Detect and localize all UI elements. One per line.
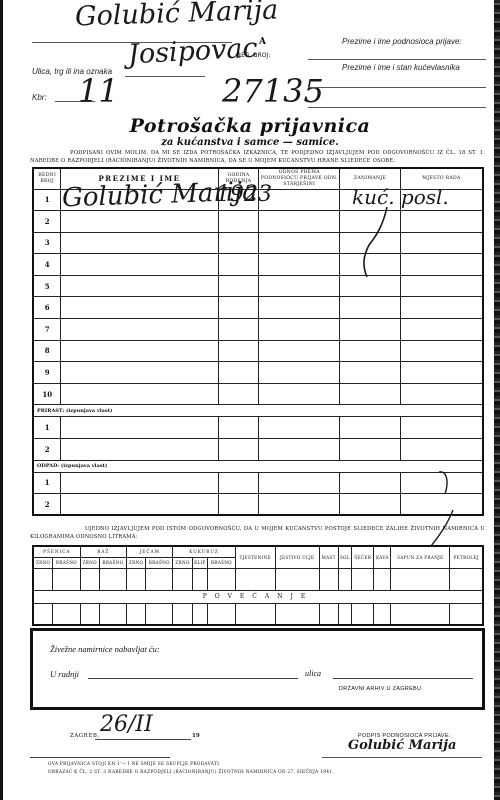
relation-cell[interactable] [259, 472, 340, 494]
occupation-cell[interactable] [340, 494, 401, 516]
table-row: 8 [33, 340, 483, 362]
relation-cell[interactable] [259, 494, 340, 516]
supply-cell[interactable] [352, 568, 374, 590]
year-prefix: 19 [192, 733, 200, 739]
header-no: REDNI BROJ [33, 168, 61, 189]
supply-cell[interactable] [235, 568, 275, 590]
relation-cell[interactable] [259, 275, 340, 297]
increase-row: POVEĆANJE [33, 590, 483, 603]
applicant-label: Prezime i ime podnosioca prijave: [342, 37, 462, 46]
supply-cell[interactable] [173, 603, 192, 625]
sub-cob: KLIP [192, 557, 208, 568]
supply-cell[interactable] [99, 603, 126, 625]
form-letter: A [259, 37, 266, 47]
supplies-declaration: UJEDNO IZJAVLJUJEM POD ISTOM ODGOVORNOŠĆ… [30, 525, 485, 541]
birth-year-cell[interactable] [218, 362, 259, 384]
shop-label: U radnji [50, 669, 79, 679]
owner-line-1 [308, 87, 486, 88]
relation-cell[interactable] [259, 340, 340, 362]
row-no: 5 [33, 275, 61, 297]
row-no: 2 [33, 211, 61, 233]
relation-cell[interactable] [259, 319, 340, 341]
supply-cell[interactable] [352, 603, 374, 625]
birth-year-cell[interactable] [218, 439, 259, 461]
reg-no-label: REG. BROJ: [237, 52, 270, 59]
name-cell[interactable] [61, 417, 218, 439]
street-line [125, 76, 205, 77]
workplace-cell[interactable] [400, 439, 483, 461]
sub-flour: BRAŠNO [53, 557, 80, 568]
row-no: 7 [33, 319, 61, 341]
name-cell[interactable] [61, 472, 218, 494]
supply-cell[interactable] [208, 568, 235, 590]
increase-label: PRIRAST: (izpunjava vlast) [33, 405, 483, 417]
relation-cell[interactable] [259, 362, 340, 384]
supply-cell[interactable] [146, 603, 173, 625]
name-cell[interactable] [61, 232, 218, 254]
relation-cell[interactable] [259, 232, 340, 254]
owner-line-2 [308, 107, 486, 108]
workplace-cell[interactable] [400, 340, 483, 362]
shop-street-line[interactable] [333, 678, 473, 679]
supply-cell[interactable] [319, 603, 338, 625]
handwritten-stroke [355, 205, 395, 285]
table-row: 10 [33, 383, 483, 405]
regulation-note: OBRAZAC K ČL. 2 ST. 3 NAREDBE O RAZPODJE… [48, 770, 334, 775]
workplace-cell[interactable] [400, 319, 483, 341]
supply-cell[interactable] [127, 603, 146, 625]
supply-cell[interactable] [275, 603, 319, 625]
birth-year-cell[interactable] [218, 211, 259, 233]
row-no: 1 [33, 472, 61, 494]
archive-stamp: DRŽAVNI ARHIV U ZAGREBU [339, 686, 421, 692]
supply-cell[interactable] [33, 568, 53, 590]
workplace-cell[interactable] [400, 232, 483, 254]
owner-label: Prezime i ime i stan kućevlasnika [342, 63, 460, 72]
sub-grain: ZRNO [127, 557, 146, 568]
workplace-cell[interactable] [400, 417, 483, 439]
sub-flour: BRAŠNO [99, 557, 126, 568]
row-no: 8 [33, 340, 61, 362]
supply-cell[interactable] [146, 568, 173, 590]
occupation-cell[interactable] [340, 340, 401, 362]
birth-year-cell[interactable] [218, 340, 259, 362]
relation-cell[interactable] [259, 383, 340, 405]
name-cell[interactable] [61, 340, 218, 362]
decrease-label: ODPAD: (izpunjava vlast) [33, 460, 483, 472]
household-table: REDNI BROJ PREZIME I IME GODINA ROĐENJA … [32, 167, 484, 516]
supply-cell[interactable] [53, 568, 80, 590]
birth-year-cell[interactable] [218, 383, 259, 405]
workplace-cell[interactable] [400, 254, 483, 276]
shop-line[interactable] [88, 678, 298, 679]
occupation-cell[interactable] [340, 319, 401, 341]
supply-cell[interactable] [391, 568, 450, 590]
occupation-cell[interactable] [340, 297, 401, 319]
row-no: 9 [33, 362, 61, 384]
row-no: 2 [33, 494, 61, 516]
supply-cell[interactable] [99, 568, 126, 590]
supply-cell[interactable] [192, 603, 208, 625]
occupation-cell[interactable] [340, 439, 401, 461]
name-cell[interactable] [61, 211, 218, 233]
sub-flour: BRAŠNO [208, 557, 235, 568]
name-cell[interactable] [61, 439, 218, 461]
date-line [95, 739, 191, 740]
birth-year-cell[interactable] [218, 472, 259, 494]
handwritten-name: Golubić Marija [75, 0, 279, 33]
header-oil: JESTIVO ULJE [275, 546, 319, 568]
supply-cell[interactable] [391, 603, 450, 625]
name-cell[interactable] [61, 319, 218, 341]
table-row: 3 [33, 232, 483, 254]
supply-cell[interactable] [450, 568, 483, 590]
supply-cell[interactable] [127, 568, 146, 590]
intro-declaration: PODPISANI OVIM MOLIM, DA MI SE IZDA POTR… [30, 149, 485, 165]
table-row: 6 [33, 297, 483, 319]
workplace-cell[interactable] [400, 362, 483, 384]
supplies-increase-row [33, 603, 483, 625]
supply-cell[interactable] [450, 603, 483, 625]
table-row: 2 [33, 439, 483, 461]
row-no: 1 [33, 189, 61, 211]
footer-rule [30, 757, 170, 758]
supply-cell[interactable] [374, 568, 391, 590]
row-no: 6 [33, 297, 61, 319]
handwritten-house-no: 11 [78, 72, 119, 110]
header-pasta: TJESTENINE [235, 546, 275, 568]
signature-line [322, 757, 482, 758]
workplace-cell[interactable] [400, 383, 483, 405]
header-soap: SAPUN ZA PRANJE [391, 546, 450, 568]
handwritten-reg-no: 27135 [222, 72, 324, 110]
relation-cell[interactable] [259, 211, 340, 233]
form-title: Potrošačka prijavnica [0, 115, 500, 137]
supplies-table: PŠENICA RAŽ JEČAM KUKURUZ TJESTENINE JES… [32, 545, 484, 626]
handwritten-birth-year: 1923 [216, 182, 272, 207]
supply-cell[interactable] [338, 568, 352, 590]
supply-cell[interactable] [374, 603, 391, 625]
occupation-cell[interactable] [340, 472, 401, 494]
supplies-group-row: PŠENICA RAŽ JEČAM KUKURUZ TJESTENINE JES… [33, 546, 483, 557]
row-no: 10 [33, 383, 61, 405]
supply-cell[interactable] [338, 603, 352, 625]
occupation-cell[interactable] [340, 417, 401, 439]
supply-cell[interactable] [33, 603, 53, 625]
handwritten-date: 26/II [100, 712, 153, 737]
header-wheat: PŠENICA [33, 546, 80, 557]
header-sugar: ŠEĆER [352, 546, 374, 568]
header-rye: RAŽ [80, 546, 126, 557]
birth-year-cell[interactable] [218, 232, 259, 254]
name-cell[interactable] [61, 362, 218, 384]
table-row: 1 [33, 472, 483, 494]
row-no: 2 [33, 439, 61, 461]
supplies-value-row [33, 568, 483, 590]
header-kerosene: PETROLEJ [450, 546, 483, 568]
header-corn: KUKURUZ [173, 546, 235, 557]
supply-cell[interactable] [192, 568, 208, 590]
shop-box: Živežne namirnice nabavljat ću: U radnji… [30, 628, 485, 710]
shop-intro-label: Živežne namirnice nabavljat ću: [50, 644, 160, 654]
increase-section: PRIRAST: (izpunjava vlast) [33, 405, 483, 417]
sub-grain: ZRNO [173, 557, 192, 568]
header-lard: MAST [319, 546, 338, 568]
occupation-cell[interactable] [340, 362, 401, 384]
name-cell[interactable] [61, 254, 218, 276]
relation-cell[interactable] [259, 297, 340, 319]
table-row: 9 [33, 362, 483, 384]
supply-cell[interactable] [80, 568, 99, 590]
header-salt: SOL [338, 546, 352, 568]
price-note: OVA PRIJAVNICA STOJI KN 1'— I NE SMIJE S… [48, 762, 221, 767]
birth-year-cell[interactable] [218, 275, 259, 297]
applicant-line [308, 59, 486, 60]
workplace-cell[interactable] [400, 211, 483, 233]
street-label: ulica [305, 669, 321, 678]
supply-cell[interactable] [53, 603, 80, 625]
relation-cell[interactable] [259, 254, 340, 276]
table-row: 4 [33, 254, 483, 276]
name-cell[interactable] [61, 275, 218, 297]
handwritten-signature: Golubić Marija [348, 738, 456, 753]
supply-cell[interactable] [173, 568, 192, 590]
supply-cell[interactable] [235, 603, 275, 625]
name-cell[interactable] [61, 383, 218, 405]
header-coffee: KAVA [374, 546, 391, 568]
relation-cell[interactable] [259, 439, 340, 461]
sub-flour: BRAŠNO [146, 557, 173, 568]
decrease-section: ODPAD: (izpunjava vlast) [33, 460, 483, 472]
increase-label: POVEĆANJE [33, 590, 483, 603]
table-row: 7 [33, 319, 483, 341]
table-row: 2 [33, 494, 483, 516]
row-no: 1 [33, 417, 61, 439]
workplace-cell[interactable] [400, 275, 483, 297]
supply-cell[interactable] [80, 603, 99, 625]
row-no: 4 [33, 254, 61, 276]
table-row: 1 [33, 417, 483, 439]
supply-cell[interactable] [208, 603, 235, 625]
table-row: 2 [33, 211, 483, 233]
birth-year-cell[interactable] [218, 297, 259, 319]
table-row: 5 [33, 275, 483, 297]
name-cell[interactable] [61, 297, 218, 319]
occupation-cell[interactable] [340, 383, 401, 405]
form-subtitle: za kućanstva i samce — samice. [0, 137, 500, 148]
sub-grain: ZRNO [33, 557, 53, 568]
birth-year-cell[interactable] [218, 319, 259, 341]
birth-year-cell[interactable] [218, 417, 259, 439]
supply-cell[interactable] [275, 568, 319, 590]
workplace-cell[interactable] [400, 297, 483, 319]
supply-cell[interactable] [319, 568, 338, 590]
house-no-label: Kbr: [32, 93, 47, 102]
birth-year-cell[interactable] [218, 254, 259, 276]
relation-cell[interactable] [259, 417, 340, 439]
row-no: 3 [33, 232, 61, 254]
header-barley: JEČAM [127, 546, 173, 557]
birth-year-cell[interactable] [218, 494, 259, 516]
name-cell[interactable] [61, 494, 218, 516]
sub-grain: ZRNO [80, 557, 99, 568]
